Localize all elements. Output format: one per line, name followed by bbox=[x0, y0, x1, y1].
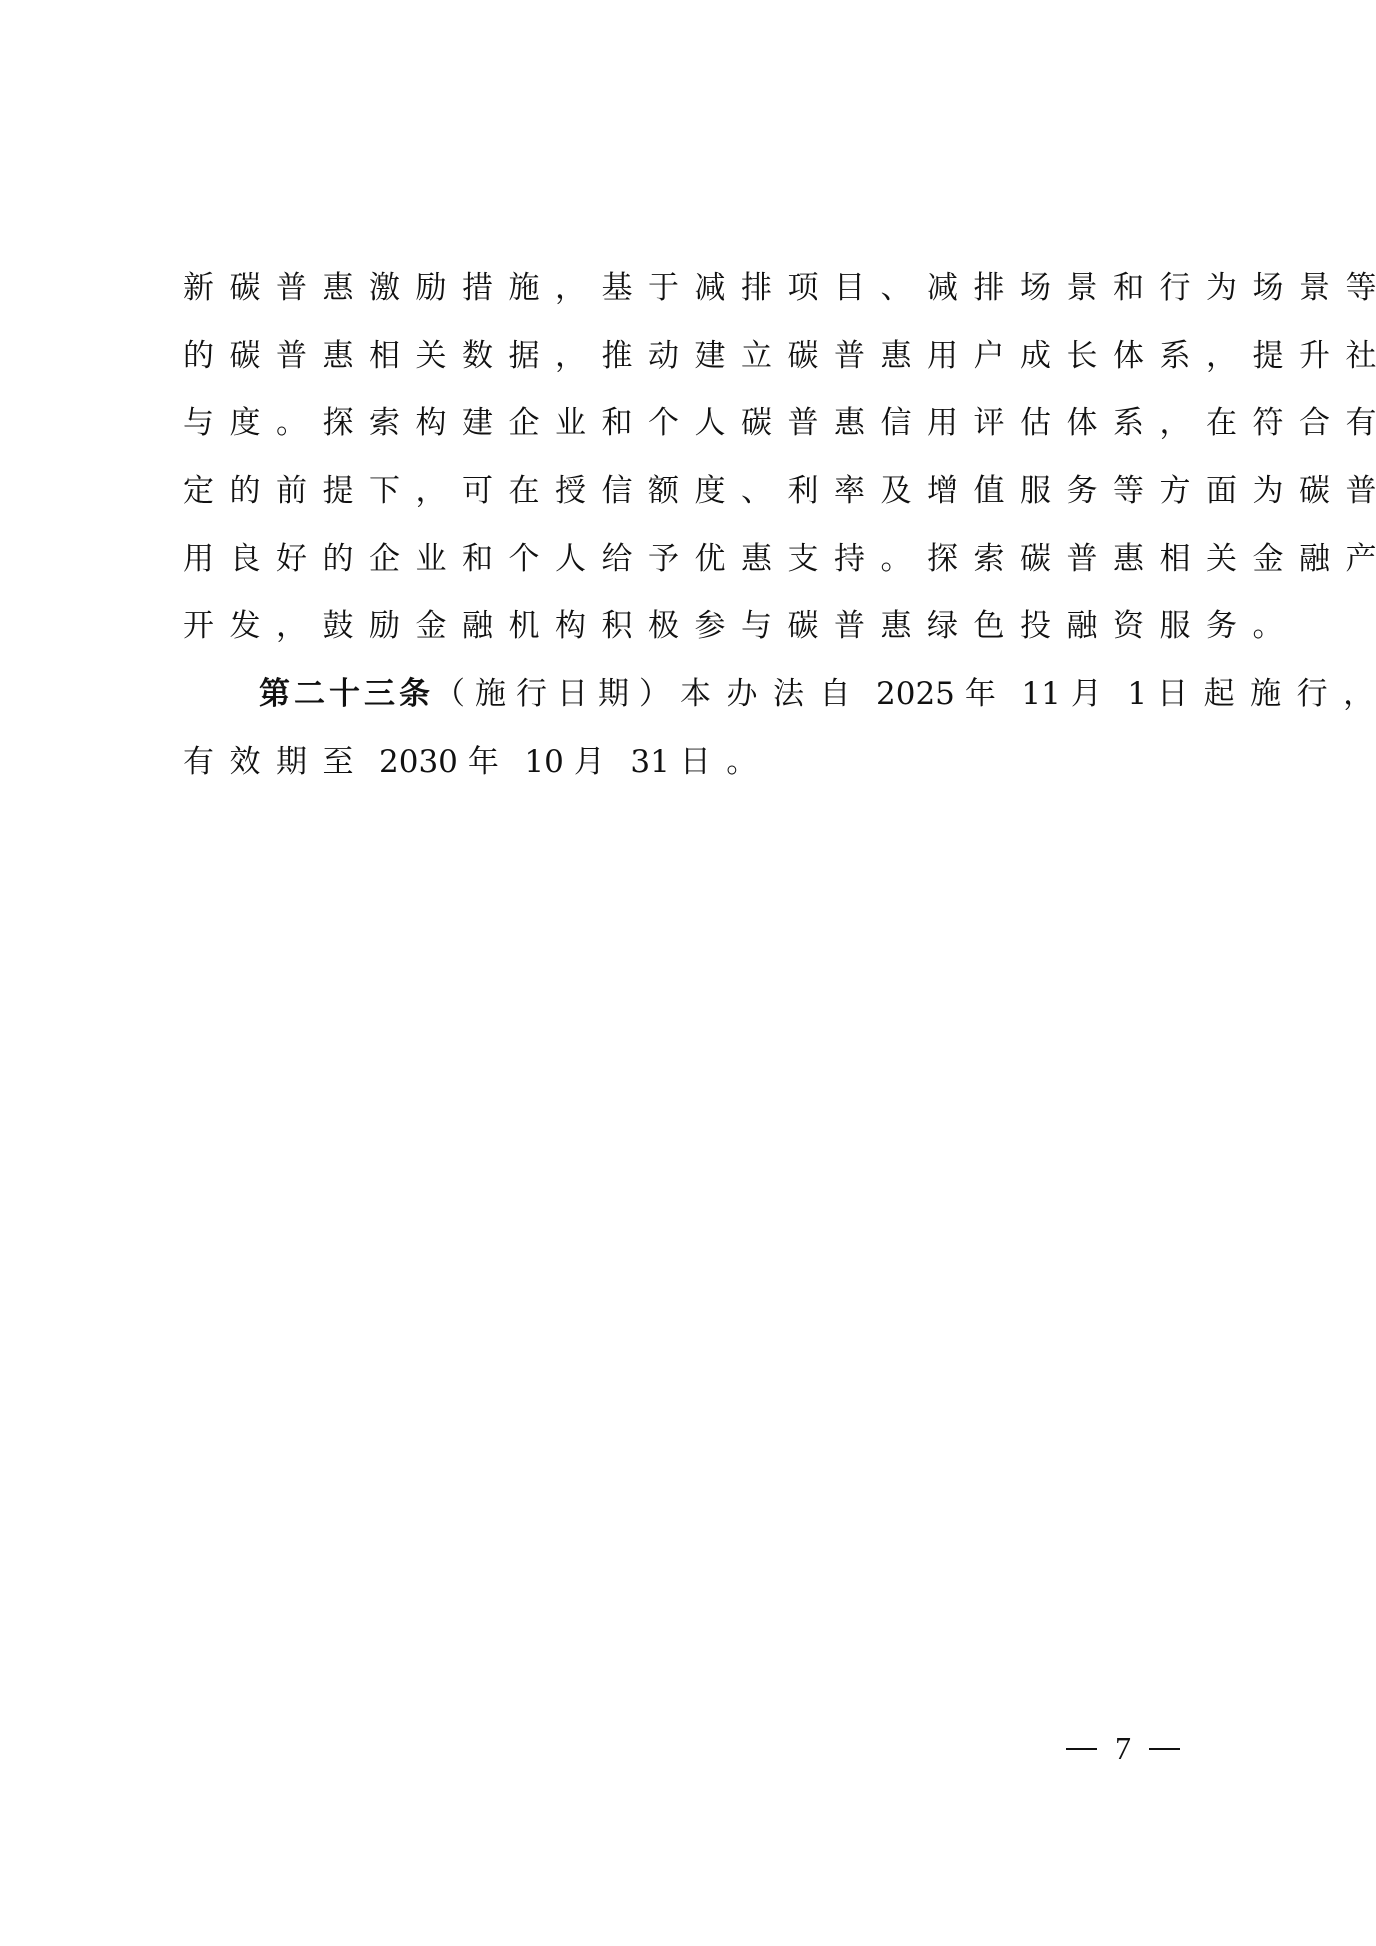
article-text: 日。 bbox=[680, 744, 773, 780]
article-number: 第二十三条 bbox=[259, 676, 434, 712]
paragraph-line: 定的前提下，可在授信额度、利率及增值服务等方面为碳普惠信 bbox=[183, 458, 1213, 526]
article-text: 有效期至 bbox=[183, 744, 369, 780]
start-month: 11 bbox=[1021, 676, 1060, 712]
article-text: 年 bbox=[965, 676, 1012, 712]
paragraph-line: 的碳普惠相关数据，推动建立碳普惠用户成长体系，提升社会参 bbox=[183, 323, 1213, 391]
dash-left bbox=[1066, 1748, 1097, 1750]
dash-right bbox=[1149, 1748, 1180, 1750]
end-year: 2030 bbox=[379, 744, 458, 780]
article-text: 日起施行， bbox=[1157, 676, 1376, 712]
article-text: 本办法自 bbox=[680, 676, 866, 712]
start-day: 1 bbox=[1127, 676, 1147, 712]
article-text: 月 bbox=[1071, 676, 1118, 712]
page-number: 7 bbox=[1066, 1730, 1180, 1767]
article-text: 年 bbox=[468, 744, 515, 780]
paragraph-line: 新碳普惠激励措施，基于减排项目、减排场景和行为场景等形成 bbox=[183, 255, 1213, 323]
article-23-line-1: 第二十三条（施行日期）本办法自2025年11月1日起施行， bbox=[183, 661, 1213, 729]
article-23-line-2: 有效期至2030年10月31日。 bbox=[183, 729, 1213, 797]
start-year: 2025 bbox=[876, 676, 955, 712]
article-title: （施行日期） bbox=[434, 676, 680, 712]
article-text: 月 bbox=[574, 744, 621, 780]
paragraph-line: 用良好的企业和个人给予优惠支持。探索碳普惠相关金融产品的 bbox=[183, 526, 1213, 594]
document-page: 新碳普惠激励措施，基于减排项目、减排场景和行为场景等形成 的碳普惠相关数据，推动… bbox=[0, 0, 1376, 1946]
paragraph-line: 与度。探索构建企业和个人碳普惠信用评估体系，在符合有关规 bbox=[183, 390, 1213, 458]
end-month: 10 bbox=[524, 744, 563, 780]
page-number-value: 7 bbox=[1115, 1730, 1131, 1767]
document-body: 新碳普惠激励措施，基于减排项目、减排场景和行为场景等形成 的碳普惠相关数据，推动… bbox=[183, 255, 1213, 797]
end-day: 31 bbox=[630, 744, 669, 780]
paragraph-line: 开发，鼓励金融机构积极参与碳普惠绿色投融资服务。 bbox=[183, 593, 1213, 661]
